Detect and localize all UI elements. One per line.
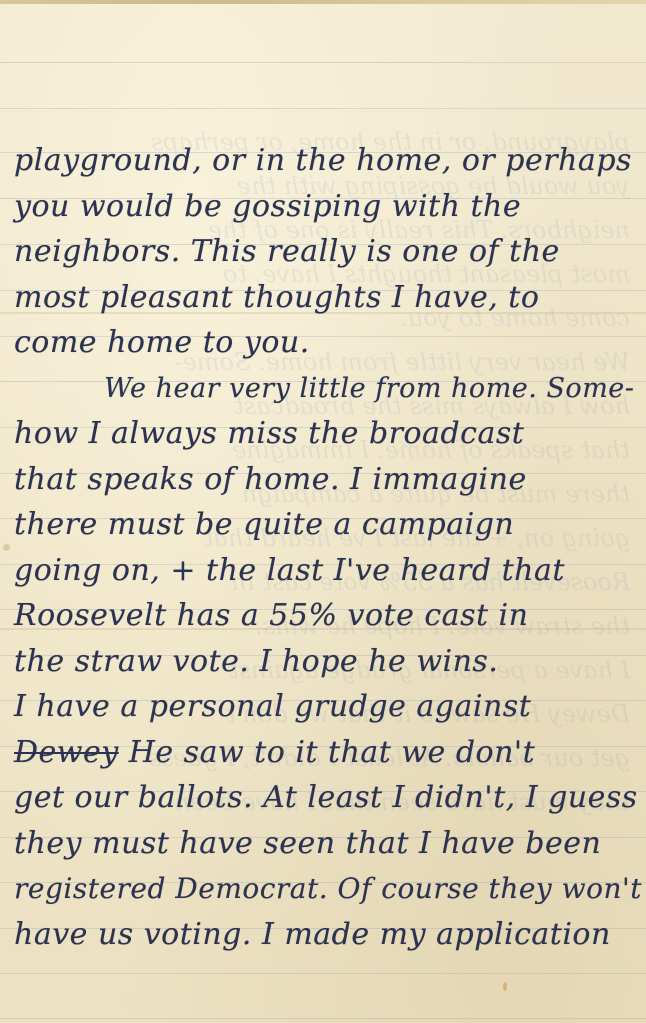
handwritten-line: most pleasant thoughts I have, to xyxy=(14,275,644,321)
handwritten-line-paragraph-start: We hear very little from home. Some- xyxy=(14,366,644,412)
handwritten-line: they must have seen that I have been xyxy=(14,821,644,867)
handwritten-line: that speaks of home. I immagine xyxy=(14,457,644,503)
paper-stain xyxy=(503,982,507,991)
rule-line xyxy=(0,62,646,63)
handwritten-line: Dewey He saw to it that we don't xyxy=(14,730,644,776)
handwritten-line: there must be quite a campaign xyxy=(14,502,644,548)
rule-line xyxy=(0,1018,646,1019)
line-remainder: He saw to it that we don't xyxy=(119,735,536,770)
handwritten-line: playground, or in the home, or perhaps xyxy=(14,138,644,184)
handwritten-line: neighbors. This really is one of the xyxy=(14,229,644,275)
handwritten-line: Roosevelt has a 55% vote cast in xyxy=(14,593,644,639)
handwritten-line: going on, + the last I've heard that xyxy=(14,548,644,594)
handwritten-line: registered Democrat. Of course they won'… xyxy=(14,866,644,912)
letter-body: playground, or in the home, or perhaps y… xyxy=(14,138,644,957)
handwritten-line: come home to you. xyxy=(14,320,644,366)
handwritten-line: have us voting. I made my application xyxy=(14,912,644,958)
handwritten-line: how I always miss the broadcast xyxy=(14,411,644,457)
rule-line xyxy=(0,108,646,109)
letter-page: playground, or in the home, or perhaps y… xyxy=(0,0,646,1023)
rule-line xyxy=(0,973,646,974)
handwritten-line: I have a personal grudge against xyxy=(14,684,644,730)
handwritten-line: get our ballots. At least I didn't, I gu… xyxy=(14,775,644,821)
handwritten-line: the straw vote. I hope he wins. xyxy=(14,639,644,685)
paper-stain xyxy=(3,544,10,551)
corrected-word: Dewey xyxy=(14,735,119,770)
handwritten-line: you would be gossiping with the xyxy=(14,184,644,230)
